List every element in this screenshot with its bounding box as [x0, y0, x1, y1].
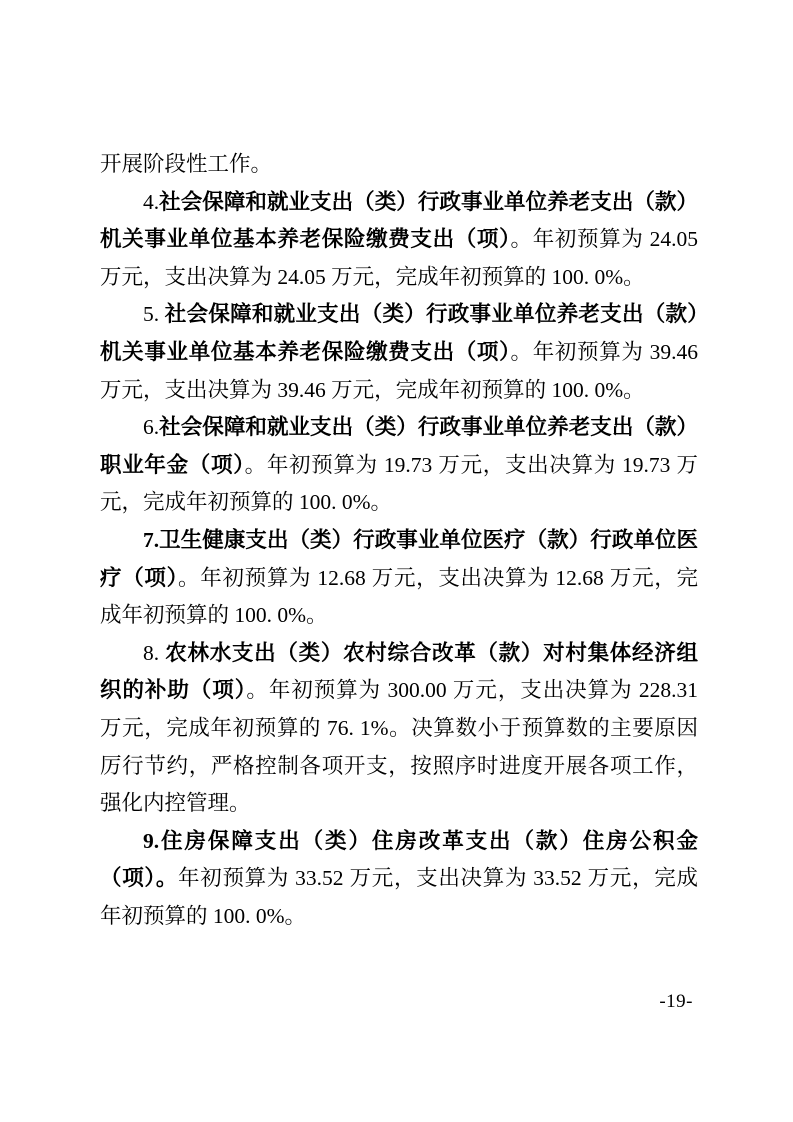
paragraph-body-text: 开展阶段性工作。 — [100, 152, 272, 176]
paragraph-body-text: 4. — [143, 190, 159, 214]
paragraph-item-4: 4.社会保障和就业支出（类）行政事业单位养老支出（款）机关事业单位基本养老保险缴… — [100, 184, 698, 297]
paragraph-item-5: 5. 社会保障和就业支出（类）行政事业单位养老支出（款）机关事业单位基本养老保险… — [100, 296, 698, 409]
paragraph-item-6: 6.社会保障和就业支出（类）行政事业单位养老支出（款）职业年金（项）。年初预算为… — [100, 409, 698, 522]
paragraph-item-9: 9.住房保障支出（类）住房改革支出（款）住房公积金（项）。年初预算为 33.52… — [100, 823, 698, 936]
page-number: -19- — [659, 991, 693, 1013]
paragraph-item-8: 8. 农林水支出（类）农村综合改革（款）对村集体经济组织的补助（项）。年初预算为… — [100, 635, 698, 823]
paragraph-body-text: 。年初预算为 12.68 万元，支出决算为 12.68 万元，完成年初预算的 1… — [100, 566, 698, 628]
document-page: 开展阶段性工作。4.社会保障和就业支出（类）行政事业单位养老支出（款）机关事业单… — [0, 0, 793, 1122]
document-body: 开展阶段性工作。4.社会保障和就业支出（类）行政事业单位养老支出（款）机关事业单… — [100, 146, 698, 935]
paragraph-item-7: 7.卫生健康支出（类）行政事业单位医疗（款）行政单位医疗（项）。年初预算为 12… — [100, 522, 698, 635]
paragraph-body-text: 8. — [143, 641, 165, 665]
paragraph-body-text: 6. — [143, 415, 159, 439]
paragraph-body-text: 年初预算为 33.52 万元，支出决算为 33.52 万元，完成年初预算的 10… — [100, 866, 698, 928]
paragraph-continuation-line: 开展阶段性工作。 — [100, 146, 698, 184]
paragraph-body-text: 5. — [143, 302, 165, 326]
